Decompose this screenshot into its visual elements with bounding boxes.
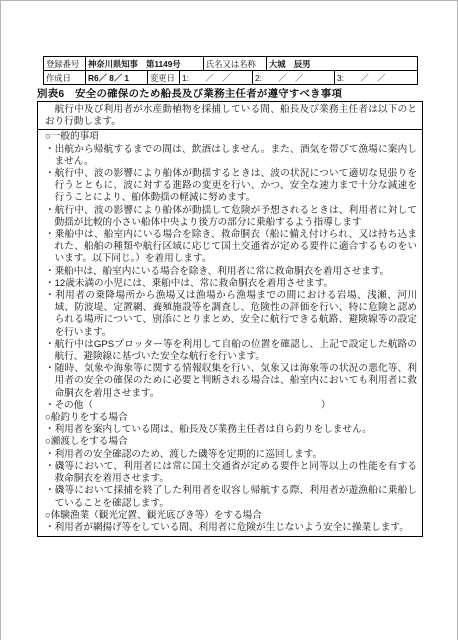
creation-date-value: R6／ 8／ 1 xyxy=(85,71,147,84)
list-item: ・航行中、波の影響により船体が動揺して危険が予想されるときは、利用者に対して動揺… xyxy=(45,205,417,229)
section-heading: ○一般的事項 xyxy=(45,131,417,143)
change-date-slot-3: 3: ／ ／ xyxy=(334,71,417,84)
page-title: 別表6 安全の確保のため船長及び業務主任者が遵守すべき事項 xyxy=(37,85,437,100)
header-row-dates: 作成日 R6／ 8／ 1 変更日 1: ／ ／ 2: ／ ／ 3: ／ ／ xyxy=(44,70,417,84)
list-item: ・利用者が網揚げ等をしている間、利用者に危険が生じないよう安全に操業します。 xyxy=(45,522,417,534)
list-item: ・12歳未満の小児には、乗船中は、常に救命胴衣を着用させます。 xyxy=(45,278,417,290)
header-row-registration: 登録番号 神奈川県知事 第1149号 氏名又は名称 大城 辰男 xyxy=(44,57,417,70)
document-page: 登録番号 神奈川県知事 第1149号 氏名又は名称 大城 辰男 作成日 R6／ … xyxy=(0,0,458,640)
header-table: 登録番号 神奈川県知事 第1149号 氏名又は名称 大城 辰男 作成日 R6／ … xyxy=(43,56,418,85)
section-heading: ○瀬渡しをする場合 xyxy=(45,436,417,448)
list-item: ・磯等において採捕を終了した利用者を収容し帰航する際、利用者が遊漁船に乗船してい… xyxy=(45,485,417,509)
blank-close: ） xyxy=(321,400,331,411)
change-date-slot-1: 1: ／ ／ xyxy=(179,71,252,84)
list-item: ・磯等において、利用者には常に国土交通省が定める要件と同等以上の性能を有する救命… xyxy=(45,461,417,485)
list-item: ・その他（） xyxy=(45,400,417,412)
list-item: ・利用者の乗降場所から漁場又は漁場から漁場までの間における岩場、浅瀬、河川域、防… xyxy=(45,290,417,339)
list-item: ・乗船中は、船室内にいる場合を除き、利用者に常に救命胴衣を着用させます。 xyxy=(45,266,417,278)
content-box: 航行中及び利用者が水産動植物を採捕している間、船長及び業務主任者は以下のとおり行… xyxy=(37,101,423,537)
change-date-slot-2: 2: ／ ／ xyxy=(252,71,334,84)
creation-date-label: 作成日 xyxy=(44,71,85,84)
list-item: ・随時、気象や海象等に関する情報収集を行い、気象又は海象等の状況の悪化等、利用者… xyxy=(45,363,417,400)
list-item: ・乗船中は、船室内にいる場合を除き、救命胴衣（船に備え付けられ、又は持ち込まれた… xyxy=(45,229,417,266)
intro-paragraph: 航行中及び利用者が水産動植物を採捕している間、船長及び業務主任者は以下のとおり行… xyxy=(45,104,417,128)
list-item: ・航行中はGPSプロッター等を利用して自船の位置を確認し、上記で設定した航路の航… xyxy=(45,339,417,363)
owner-name-value: 大城 辰男 xyxy=(266,57,417,70)
section-heading: ○船釣りをする場合 xyxy=(45,412,417,424)
sections: ○一般的事項・出航から帰航するまでの間は、飲酒はしません。また、酒気を帯びて漁場… xyxy=(45,131,417,534)
registration-number-label: 登録番号 xyxy=(44,57,85,70)
change-date-label: 変更日 xyxy=(147,71,179,84)
list-item: ・利用者を案内している間は、船長及び業務主任者は自ら釣りをしません。 xyxy=(45,424,417,436)
list-item: ・航行中、波の影響により船体が動揺するときは、波の状況について適切な見張りを行う… xyxy=(45,168,417,205)
section-heading: ○体験漁業（観光定置、観光底びき等）をする場合 xyxy=(45,510,417,522)
list-item: ・利用者の安全確認のため、渡した磯等を定期的に巡回します。 xyxy=(45,449,417,461)
list-item: ・出航から帰航するまでの間は、飲酒はしません。また、酒気を帯びて漁場に案内しませ… xyxy=(45,144,417,168)
registration-number-value: 神奈川県知事 第1149号 xyxy=(85,57,203,70)
owner-name-label: 氏名又は名称 xyxy=(203,57,266,70)
